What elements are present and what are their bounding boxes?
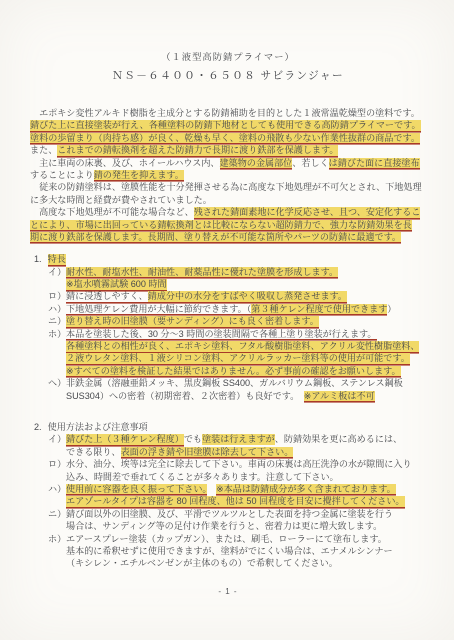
text-segment: エポキシ変性アルキド樹脂を主成分とする防錆補助を目的とした１液常温乾燥型の塗料で… — [30, 108, 420, 119]
list-item-line: ロ）水分、油分、埃等は完全に除去して下さい。車両の床裏は高圧洗浄の水が隙間に入り — [30, 458, 426, 470]
text-segment: 錆に浸透しやすく、 — [66, 291, 148, 302]
list-item-line: 基本的に希釈せずに使用できますが、塗料がでにくい場合は、エナメルシンナー — [30, 545, 426, 557]
text-segment: 、若しく — [292, 158, 328, 169]
text-segment: これまでの錆転換剤を超えた防錆力で長期に渡り鉄部を保護します。 — [57, 145, 338, 156]
page-number: - 1 - — [30, 587, 426, 596]
list-item-line: ニ）錆び面以外の旧塗膜、及び、平滑でツルツルとした表面を持つ金属に塗装を行う — [30, 508, 426, 520]
text-segment: 塗装は行えますが — [202, 434, 275, 445]
section-number: 1. — [34, 254, 42, 264]
text-segment: 塗料の歩留まり（肉持ち感）が良く、乾燥も早く、塗料の飛散も少ない作業性抜群の商品… — [30, 133, 420, 144]
text-segment: ※本品は防錆成分が多く含まれております。 — [216, 484, 396, 495]
list-item-line: エアゾールタイプは容器を 80 回程度、他は 50 回程度を目安に攪拌してくださ… — [30, 495, 426, 507]
item-marker: ハ） — [48, 303, 66, 315]
text-segment: 塗り替え時の旧塗膜（要サンディング）にも良く密着します。 — [66, 316, 319, 327]
text-segment: 水分、油分、埃等は完全に除去して下さい。車両の床裏は高圧洗浄の水が隙間に入り — [66, 459, 412, 470]
text-line: 塗料の歩留まり（肉持ち感）が良く、乾燥も早く、塗料の飛散も少ない作業性抜群の商品… — [30, 132, 426, 144]
list-item-line: ハ）使用前に容器を良く振って下さい。 ※本品は防錆成分が多く含まれております。 — [30, 483, 426, 495]
text-segment: 特長 — [48, 254, 66, 265]
text-line: エポキシ変性アルキド樹脂を主成分とする防錆補助を目的とした１液常温乾燥型の塗料で… — [30, 107, 426, 119]
item-marker: ヘ） — [48, 377, 66, 389]
text-line: 錆びた上に直接塗装が行え、各種塗料の防錆下地材としても使用できる高防錆プライマー… — [30, 119, 426, 131]
text-line: することにより錆の発生を抑えます。 — [30, 169, 426, 181]
list-item-line: ２液ウレタン塗料、１液シリコン塗料、アクリルラッカー塗料等の使用が可能です。 — [30, 352, 426, 364]
list-item-line: （キシレン・エチルベンゼンが主体のもの）で希釈してください。 — [30, 557, 426, 569]
item-marker: ハ） — [48, 483, 66, 495]
item-marker: ロ） — [48, 458, 66, 470]
text-segment: また、 — [30, 145, 57, 156]
text-line: また、これまでの錆転換剤を超えた防錆力で長期に渡り鉄部を保護します。 — [30, 144, 426, 156]
text-line: とにより、市場に出回っている錆転換剤とは比較にならない超防錆力で、強力な防錆効果… — [30, 219, 426, 231]
text-segment: 非鉄金属（溶融亜鉛メッキ、黒皮鋼板 SS400、ガルバリウム鋼板、ステンレス鋼板 — [66, 378, 403, 389]
item-marker: ホ） — [48, 328, 66, 340]
text-segment: 、防錆効果を更に高めるには、 — [275, 434, 402, 445]
text-line: 期に渡り鉄部を保護します。長期間、塗り替えが不可能な箇所やパーツの防錆に最適です… — [30, 231, 426, 243]
text-segment: 基本的に希釈せずに使用できますが、塗料がでにくい場合は、エナメルシンナー — [66, 546, 393, 557]
text-line: 主に車両の床裏、及び、ホイールハウス内、建築物の金属部位、若しくは錆びた面に直接… — [30, 157, 426, 169]
list-item-line: ニ）塗り替え時の旧塗膜（要サンディング）にも良く密着します。 — [30, 315, 426, 327]
text-segment: ※すべての塗料を検証した結果ではありません。必ず事前の確認をお願いします。 — [66, 366, 401, 377]
text-segment: 建築物の金属部位 — [220, 158, 293, 169]
list-item-line: イ）耐水性、耐塩水性、耐油性、耐薬品性に優れた塗膜を形成します。 — [30, 266, 426, 278]
text-segment: エアースプレー塗装（カップガン）、または、刷毛、ローラーにて塗布します。 — [66, 534, 387, 545]
list-item-line: ロ）錆に浸透しやすく、錆成分中の水分をすばやく吸収し蒸発させます。 — [30, 290, 426, 302]
text-segment: 使用方法および注意事項 — [48, 422, 148, 433]
text-segment: ※アルミ板は不可 — [304, 391, 375, 402]
text-segment: エアゾールタイプは容器を 80 回程度、他は 50 回程度を目安に攪拌してくださ… — [66, 496, 405, 507]
text-segment: 残された錆面素地に化学反応させ、且つ、安定化するこ — [194, 207, 421, 218]
list-item-line: ホ）本品を塗装した後、30 分～3 時間の塗装間隔で各種上塗り塗装が行えます。 — [30, 328, 426, 340]
list-item-line: ※すべての塗料を検証した結果ではありません。必ず事前の確認をお願いします。 — [30, 365, 426, 377]
list-item-line: 場合は、サンディング等の足付け作業を行うと、密着力は更に増大致します。 — [30, 520, 426, 532]
item-marker: イ） — [48, 433, 66, 445]
text-segment — [207, 484, 216, 495]
section-heading: 2.使用方法および注意事項 — [30, 421, 426, 433]
text-line: 高度な下地処理が不可能な場合など、残された錆面素地に化学反応させ、且つ、安定化す… — [30, 206, 426, 218]
list-item-line: ハ）下地処理ケレン費用が大幅に節約できます。（第３種ケレン程度で使用できます） — [30, 303, 426, 315]
section-heading: 1.特長 — [30, 253, 426, 265]
item-marker: ロ） — [48, 290, 66, 302]
text-segment: 高度な下地処理が不可能な場合など、 — [30, 207, 194, 218]
text-segment: （キシレン・エチルベンゼンが主体のもの）で希釈してください。 — [66, 558, 338, 569]
text-segment: することにより — [30, 170, 94, 181]
text-segment: とにより、市場に出回っている錆転換剤とは比較にならない超防錆力で、強力な防錆効果… — [30, 220, 412, 231]
text-segment: 耐水性、耐塩水性、耐油性、耐薬品性に優れた塗膜を形成します。 — [66, 267, 338, 278]
item-marker: ニ） — [48, 315, 66, 327]
text-segment: 錆びた上に直接塗装が行え、各種塗料の防錆下地材としても使用できる高防錆プライマー… — [30, 120, 421, 131]
text-segment: 使用前に容器を良く振って下さい。 — [66, 484, 207, 495]
product-title: ＮＳ－６４００・６５０８ サビランジャー — [30, 70, 426, 83]
text-segment: 期に渡り鉄部を保護します。長期間、塗り替えが不可能な箇所やパーツの防錆に最適です… — [30, 232, 401, 243]
text-segment: 各種塗料との相性が良く、エポキシ塗料、フタル酸樹脂塗料、アクリル変性樹脂塗料、 — [66, 341, 419, 352]
list-item-line: ヘ）非鉄金属（溶融亜鉛メッキ、黒皮鋼板 SS400、ガルバリウム鋼板、ステンレス… — [30, 377, 426, 389]
text-segment: 錆成分中の水分をすばやく吸収し蒸発させます。 — [148, 291, 347, 302]
text-segment: 第３種ケレン程度で使用できます — [251, 304, 387, 315]
text-segment: 表面の浮き錆や旧塗膜は除去して下さい。 — [121, 447, 294, 458]
section-number: 2. — [34, 422, 42, 432]
document-page: （１液型高防錆プライマー） ＮＳ－６４００・６５０８ サビランジャー エポキシ変… — [0, 0, 454, 640]
text-line: に多大な時間と経費が費やされていました。 — [30, 194, 426, 206]
document-body: エポキシ変性アルキド樹脂を主成分とする防錆補助を目的とした１液常温乾燥型の塗料で… — [30, 107, 426, 570]
list-item-line: イ）錆びた上（３種ケレン程度）でも塗装は行えますが、防錆効果を更に高めるには、 — [30, 433, 426, 445]
text-line: 従来の防錆塗料は、塗膜性能を十分発揮させる為に高度な下地処理が不可欠とされ、下地… — [30, 181, 426, 193]
text-segment: 主に車両の床裏、及び、ホイールハウス内、 — [30, 158, 220, 169]
text-segment: 錆び面以外の旧塗膜、及び、平滑でツルツルとした表面を持つ金属に塗装を行う — [66, 509, 393, 520]
text-segment: 従来の防錆塗料は、塗膜性能を十分発揮させる為に高度な下地処理が不可欠とされ、下地… — [30, 182, 422, 193]
text-segment: でも — [184, 434, 202, 445]
item-marker: ニ） — [48, 508, 66, 520]
text-segment: ２液ウレタン塗料、１液シリコン塗料、アクリルラッカー塗料等の使用が可能です。 — [66, 353, 410, 364]
list-item-line: SUS304）への密着（初期密着、２次密着）も良好です。 ※アルミ板は不可 — [30, 390, 426, 402]
list-item-line: できる限り、表面の浮き錆や旧塗膜は除去して下さい。 — [30, 446, 426, 458]
text-segment: できる限り、 — [66, 447, 121, 458]
text-segment: に多大な時間と経費が費やされていました。 — [30, 195, 212, 206]
item-marker: イ） — [48, 266, 66, 278]
list-item-line: ホ）エアースプレー塗装（カップガン）、または、刷毛、ローラーにて塗布します。 — [30, 533, 426, 545]
text-segment: 込み、時間差で垂れてくることが多々あります。注意して下さい。 — [66, 472, 339, 483]
list-item-line: ※塩水噴霧試験 600 時間 — [30, 278, 426, 290]
text-segment: 錆の発生を抑えます。 — [94, 170, 184, 181]
text-segment: 場合は、サンディング等の足付け作業を行うと、密着力は更に増大致します。 — [66, 521, 382, 532]
item-marker: ホ） — [48, 533, 66, 545]
list-item-line: 込み、時間差で垂れてくることが多々あります。注意して下さい。 — [30, 471, 426, 483]
text-segment: ） — [387, 304, 396, 315]
list-item-line: 各種塗料との相性が良く、エポキシ塗料、フタル酸樹脂塗料、アクリル変性樹脂塗料、 — [30, 340, 426, 352]
text-segment: 本品を塗装した後、30 分～3 時間の塗装間隔で各種上塗り塗装が行えます。 — [66, 329, 377, 340]
text-segment: ※塩水噴霧試験 600 時間 — [66, 279, 167, 290]
product-subtitle: （１液型高防錆プライマー） — [30, 52, 426, 63]
text-segment: 下地処理ケレン費用が大幅に節約できます。（ — [66, 304, 251, 315]
text-segment: SUS304）への密着（初期密着、２次密着）も良好です。 — [66, 391, 304, 402]
text-segment: 錆びた上（３種ケレン程度） — [66, 434, 184, 445]
text-segment: は錆びた面に直接塗布 — [329, 158, 420, 169]
